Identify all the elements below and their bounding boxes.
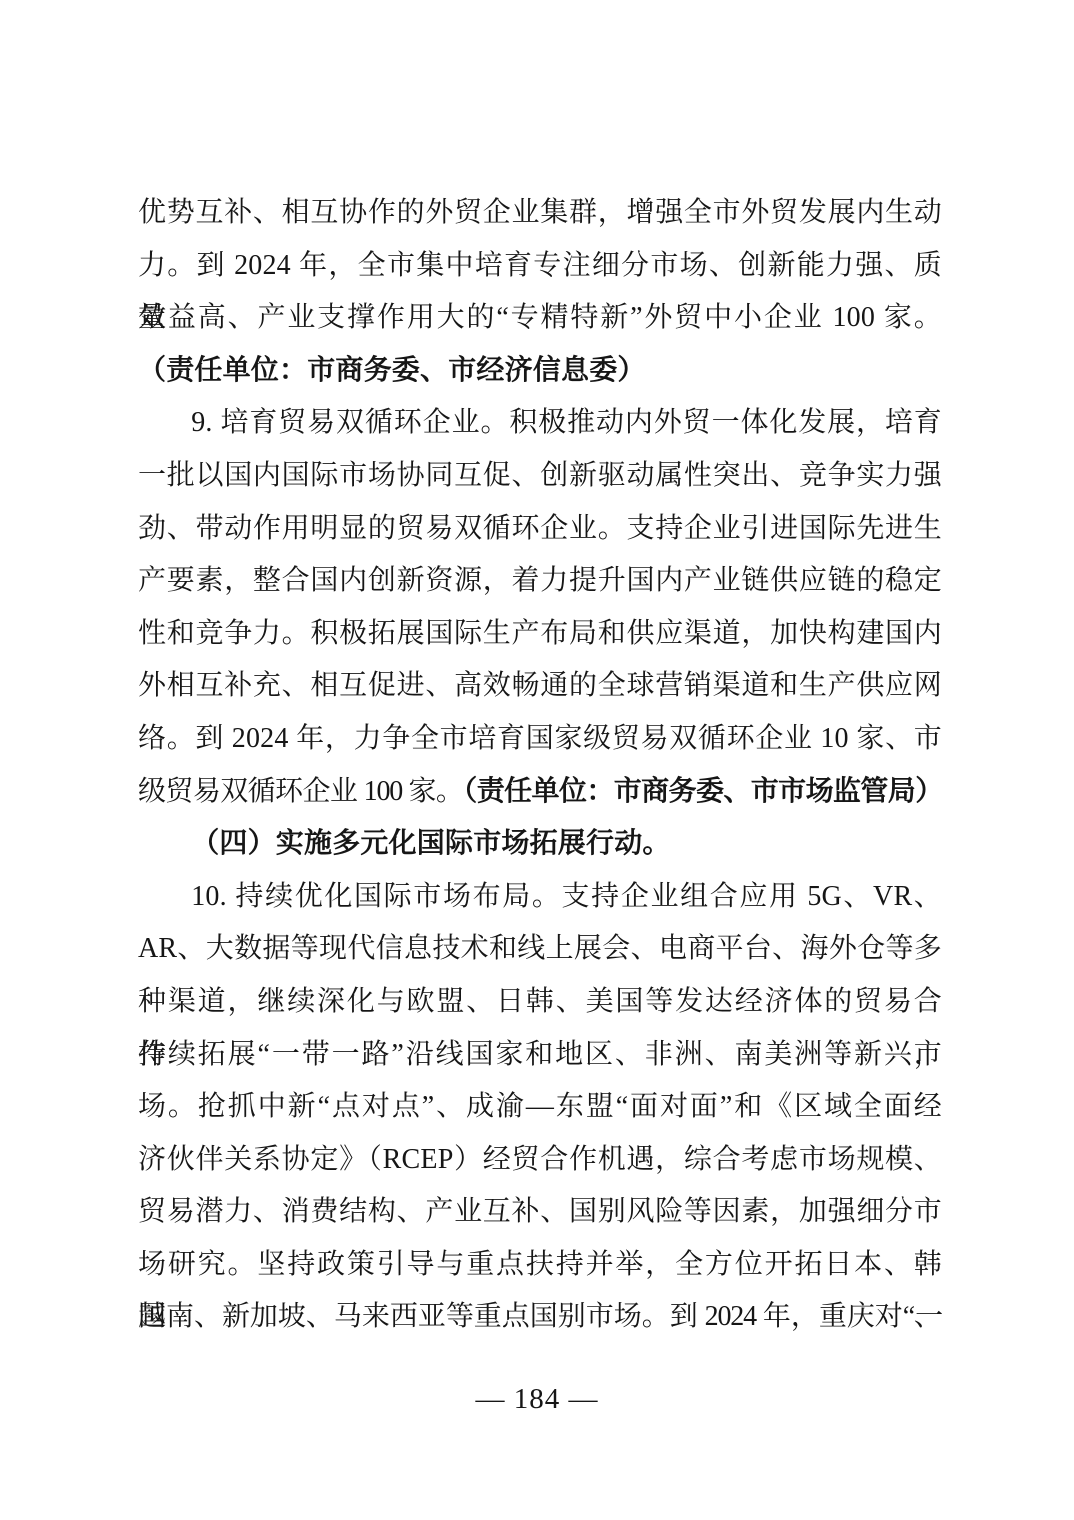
body-text: 优势互补、相互协作的外贸企业集群，增强全市外贸发展内生动 — [138, 197, 942, 228]
text-line: 种渠道，继续深化与欧盟、日韩、美国等发达经济体的贸易合作， — [138, 976, 942, 1029]
text-line: 场。抢抓中新“点对点”、成渝—东盟“面对面”和《区域全面经 — [138, 1081, 942, 1134]
body-text: 贸易潜力、消费结构、产业互补、国别风险等因素，加强细分市 — [138, 1196, 942, 1227]
body-text: 10. 持续优化国际市场布局。支持企业组合应用 5G、VR、 — [191, 881, 942, 912]
text-line: 劲、带动作用明显的贸易双循环企业。支持企业引进国际先进生 — [138, 503, 942, 556]
text-line: 济伙伴关系协定》（RCEP）经贸合作机遇，综合考虑市场规模、 — [138, 1134, 942, 1187]
text-line: 级贸易双循环企业 100 家。（责任单位：市商务委、市市场监管局） — [138, 766, 942, 819]
emphasis-text: （责任单位：市商务委、市经济信息委） — [138, 355, 646, 386]
text-line: 持续拓展“一带一路”沿线国家和地区、非洲、南美洲等新兴市 — [138, 1029, 942, 1082]
emphasis-text: （责任单位：市商务委、市市场监管局） — [463, 776, 942, 807]
text-line: 一批以国内国际市场协同互促、创新驱动属性突出、竞争实力强 — [138, 450, 942, 503]
body-text: AR、大数据等现代信息技术和线上展会、电商平台、海外仓等多 — [138, 933, 942, 964]
text-line: AR、大数据等现代信息技术和线上展会、电商平台、海外仓等多 — [138, 923, 942, 976]
body-text: 持续拓展“一带一路”沿线国家和地区、非洲、南美洲等新兴市 — [138, 1039, 942, 1070]
text-line: 10. 持续优化国际市场布局。支持企业组合应用 5G、VR、 — [138, 871, 942, 924]
emphasis-text: （四）实施多元化国际市场拓展行动。 — [191, 828, 670, 859]
text-line: 产要素，整合国内创新资源，着力提升国内产业链供应链的稳定 — [138, 555, 942, 608]
body-text: 络。到 2024 年，力争全市培育国家级贸易双循环企业 10 家、市 — [138, 723, 942, 754]
body-text: 济伙伴关系协定》（RCEP）经贸合作机遇，综合考虑市场规模、 — [138, 1144, 942, 1175]
text-line: 9. 培育贸易双循环企业。积极推动内外贸一体化发展，培育 — [138, 397, 942, 450]
text-line: 越南、新加坡、马来西亚等重点国别市场。到 2024 年，重庆对“一 — [138, 1291, 942, 1344]
text-line: （责任单位：市商务委、市经济信息委） — [138, 345, 942, 398]
text-line: 力。到 2024 年，全市集中培育专注细分市场、创新能力强、质量 — [138, 240, 942, 293]
text-line: 贸易潜力、消费结构、产业互补、国别风险等因素，加强细分市 — [138, 1186, 942, 1239]
body-text: 产要素，整合国内创新资源，着力提升国内产业链供应链的稳定 — [138, 565, 942, 596]
text-line: 场研究。坚持政策引导与重点扶持并举，全方位开拓日本、韩国、 — [138, 1239, 942, 1292]
page-number: — 184 — — [0, 1383, 1074, 1415]
body-text: 场。抢抓中新“点对点”、成渝—东盟“面对面”和《区域全面经 — [138, 1091, 942, 1122]
body-text: 效益高、产业支撑作用大的“专精特新”外贸中小企业 100 家。 — [138, 302, 942, 333]
body-text: 越南、新加坡、马来西亚等重点国别市场。到 2024 年，重庆对“一 — [138, 1301, 942, 1332]
body-text: 外相互补充、相互促进、高效畅通的全球营销渠道和生产供应网 — [138, 670, 942, 701]
text-block: 优势互补、相互协作的外贸企业集群，增强全市外贸发展内生动力。到 2024 年，全… — [138, 187, 942, 1344]
text-line: 优势互补、相互协作的外贸企业集群，增强全市外贸发展内生动 — [138, 187, 942, 240]
document-page: 优势互补、相互协作的外贸企业集群，增强全市外贸发展内生动力。到 2024 年，全… — [0, 0, 1074, 1520]
body-text: 一批以国内国际市场协同互促、创新驱动属性突出、竞争实力强 — [138, 460, 942, 491]
text-line: 效益高、产业支撑作用大的“专精特新”外贸中小企业 100 家。 — [138, 292, 942, 345]
text-line: 外相互补充、相互促进、高效畅通的全球营销渠道和生产供应网 — [138, 660, 942, 713]
text-line: （四）实施多元化国际市场拓展行动。 — [138, 818, 942, 871]
text-line: 络。到 2024 年，力争全市培育国家级贸易双循环企业 10 家、市 — [138, 713, 942, 766]
text-line: 性和竞争力。积极拓展国际生产布局和供应渠道，加快构建国内 — [138, 608, 942, 661]
body-text: 级贸易双循环企业 100 家。 — [138, 776, 463, 807]
body-text: 劲、带动作用明显的贸易双循环企业。支持企业引进国际先进生 — [138, 513, 942, 544]
body-text: 性和竞争力。积极拓展国际生产布局和供应渠道，加快构建国内 — [138, 618, 942, 649]
body-text: 9. 培育贸易双循环企业。积极推动内外贸一体化发展，培育 — [191, 407, 942, 438]
